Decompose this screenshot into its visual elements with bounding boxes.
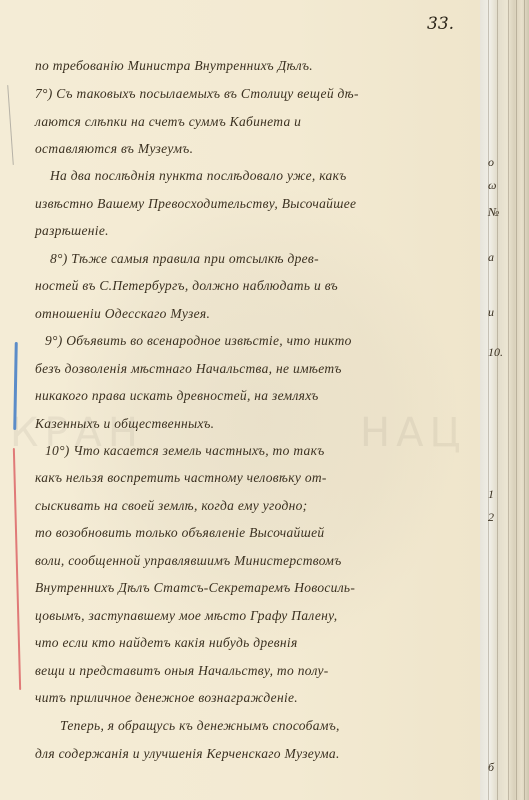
stacked-page-edges (480, 0, 529, 800)
text-line: воли, сообщенной управлявшимъ Министерст… (35, 553, 342, 569)
margin-note: 10. (488, 345, 503, 360)
text-line: 7°) Съ таковыхъ посылаемыхъ въ Столицу в… (35, 86, 359, 102)
text-line: извѣстно Вашему Превосходительству, Высо… (35, 196, 356, 212)
text-line: лаются слѣпки на счетъ суммъ Кабинета и (35, 114, 301, 130)
margin-note: ω (488, 178, 496, 193)
text-line: 9°) Объявить во всенародное извѣстіе, чт… (45, 333, 352, 349)
margin-note: 1 (488, 487, 494, 502)
text-line: безъ дозволенія мѣстнаго Начальства, не … (35, 361, 342, 377)
text-line: разрѣшеніе. (35, 223, 109, 239)
margin-note: 2 (488, 510, 494, 525)
text-line: сыскивать на своей землѣ, когда ему угод… (35, 498, 307, 514)
margin-note: № (488, 205, 499, 220)
margin-note: о (488, 155, 494, 170)
text-line: Внутреннихъ Дѣлъ Статсъ-Секретаремъ Ново… (35, 580, 355, 596)
text-line: то возобновить только объявленіе Высочай… (35, 525, 324, 541)
text-line: читъ приличное денежное вознагражденіе. (35, 690, 298, 706)
red-pencil-margin-mark (13, 448, 21, 690)
text-line: какъ нельзя воспретить частному человѣку… (35, 470, 327, 486)
text-line: 8°) Тѣже самыя правила при отсылкѣ древ- (50, 251, 319, 267)
margin-note: а (488, 250, 494, 265)
text-line: для содержанія и улучшенія Керченскаго М… (35, 746, 340, 762)
text-line: 10°) Что касается земель частныхъ, то та… (45, 443, 325, 459)
text-line: цовымъ, заступавшему мое мѣсто Графу Пал… (35, 608, 337, 624)
text-line: Казенныхъ и общественныхъ. (35, 416, 214, 432)
margin-note: б (488, 760, 494, 775)
page-number: 33. (427, 14, 454, 34)
text-line: На два послѣднія пункта послѣдовало уже,… (50, 168, 347, 184)
text-line: оставляются въ Музеумъ. (35, 141, 193, 157)
document-page: КРАН НАЦ 33. по требованію Министра Внут… (0, 0, 480, 800)
pencil-margin-mark (7, 85, 14, 165)
text-line: ностей въ С.Петербургъ, должно наблюдать… (35, 278, 338, 294)
text-line: отношеніи Одесскаго Музея. (35, 306, 210, 322)
text-line: что если кто найдетъ какія нибудь древні… (35, 635, 298, 651)
text-line: по требованію Министра Внутреннихъ Дѣлъ. (35, 58, 313, 74)
text-line: Теперь, я обращусь къ денежнымъ способам… (60, 718, 340, 734)
text-line: вещи и представитъ оныя Начальству, то п… (35, 663, 329, 679)
text-line: никакого права искать древностей, на зем… (35, 388, 319, 404)
margin-note: и (488, 305, 494, 320)
watermark-text-right: НАЦ (360, 410, 467, 456)
